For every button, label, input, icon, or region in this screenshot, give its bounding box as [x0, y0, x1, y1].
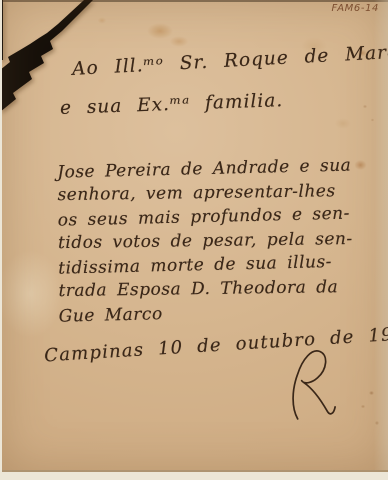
scan-right-edge	[374, 0, 388, 470]
signature-initial-R	[288, 347, 340, 425]
stain-mark	[360, 404, 366, 409]
letter-paper: FAM6-14 Ao Ill.ᵐᵒ Sr. Roque de Marco e s…	[2, 0, 388, 472]
letter-body: Jose Pereira de Andrade e sua senhora, v…	[57, 155, 359, 326]
salutation-line-1: Ao Ill.ᵐᵒ Sr. Roque de Marco	[72, 41, 388, 80]
stain-mark	[362, 104, 368, 109]
stain-mark	[142, 20, 178, 42]
stain-mark	[166, 34, 192, 49]
archival-code: FAM6-14	[331, 3, 379, 14]
scanned-letter: FAM6-14 Ao Ill.ᵐᵒ Sr. Roque de Marco e s…	[0, 0, 388, 480]
scan-top-edge	[2, 0, 388, 2]
stain-mark	[332, 116, 354, 131]
